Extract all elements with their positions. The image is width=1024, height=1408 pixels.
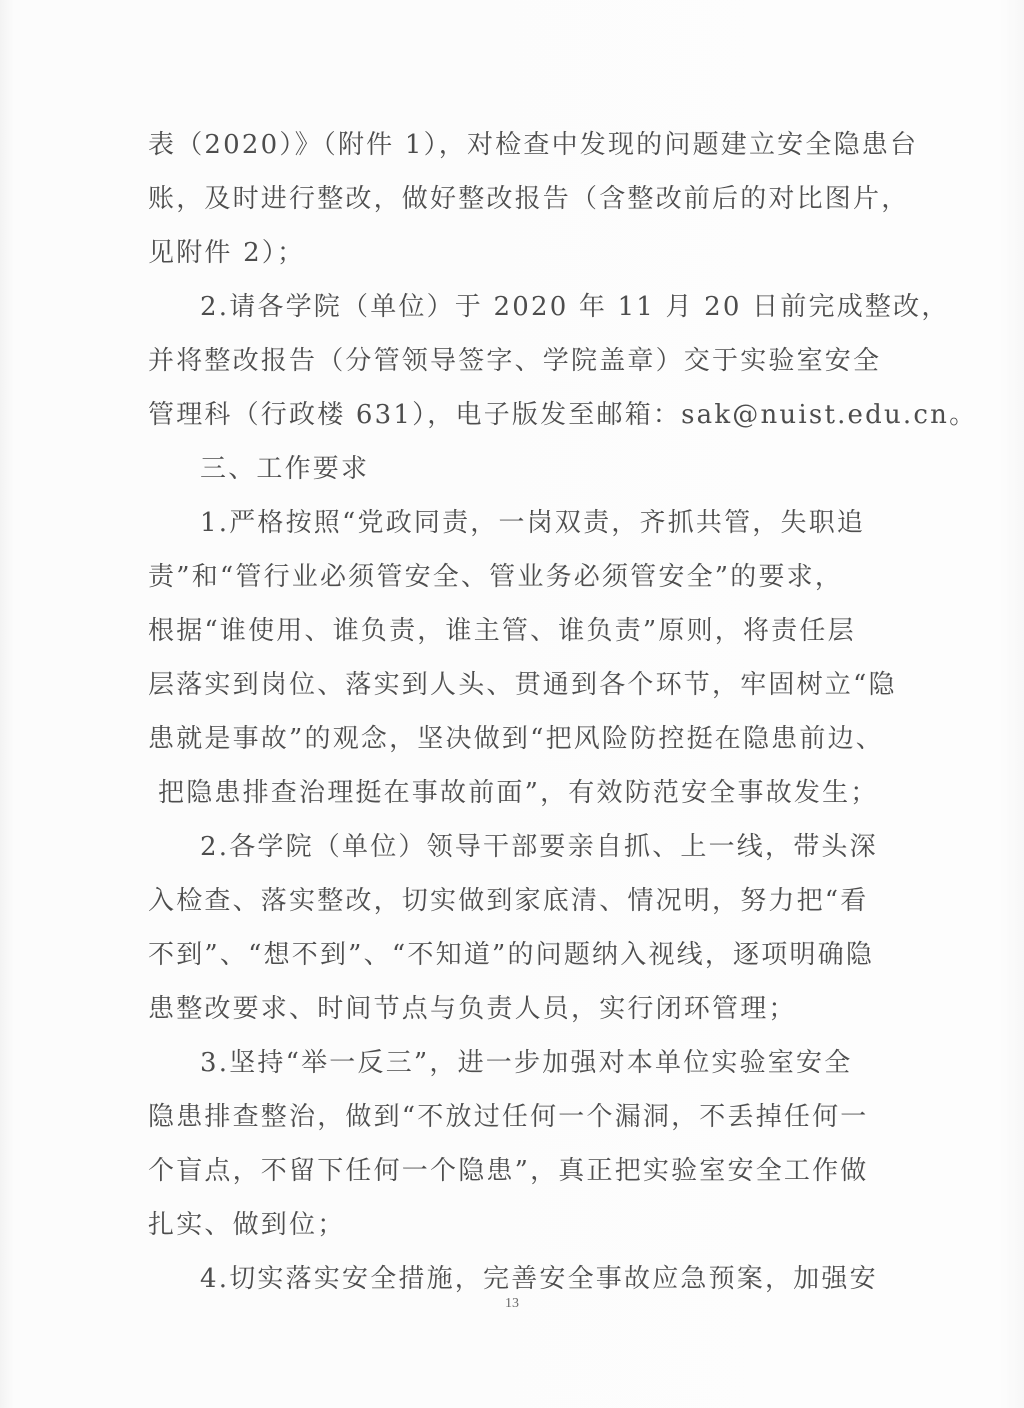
paragraph-start-line: 1.严格按照“党政同责，一岗双责，齐抓共管，失职追 [148, 496, 840, 550]
text-line: 并将整改报告（分管领导签字、学院盖章）交于实验室安全 [148, 334, 840, 388]
text-line: 入检查、落实整改，切实做到家底清、情况明，努力把“看 [148, 874, 840, 928]
scanned-page: 表（2020）》（附件 1），对检查中发现的问题建立安全隐患台 账，及时进行整改… [0, 0, 1024, 1408]
text-line: 把隐患排查治理挺在事故前面”，有效防范安全事故发生； [148, 766, 840, 820]
text-line: 管理科（行政楼 631），电子版发至邮箱：sak@nuist.edu.cn。 [148, 388, 840, 442]
text-line: 根据“谁使用、谁负责，谁主管、谁负责”原则，将责任层 [148, 604, 840, 658]
text-line: 表（2020）》（附件 1），对检查中发现的问题建立安全隐患台 [148, 118, 840, 172]
text-line: 见附件 2）； [148, 226, 840, 280]
paragraph-start-line: 3.坚持“举一反三”，进一步加强对本单位实验室安全 [148, 1036, 840, 1090]
text-line: 责”和“管行业必须管安全、管业务必须管安全”的要求， [148, 550, 840, 604]
text-line: 个盲点，不留下任何一个隐患”，真正把实验室安全工作做 [148, 1144, 840, 1198]
text-line: 不到”、“想不到”、“不知道”的问题纳入视线，逐项明确隐 [148, 928, 840, 982]
paragraph-start-line: 2.各学院（单位）领导干部要亲自抓、上一线，带头深 [148, 820, 840, 874]
text-line: 扎实、做到位； [148, 1198, 840, 1252]
paragraph-start-line: 2.请各学院（单位）于 2020 年 11 月 20 日前完成整改， [148, 280, 840, 334]
text-line: 隐患排查整治，做到“不放过任何一个漏洞，不丢掉任何一 [148, 1090, 840, 1144]
document-body: 表（2020）》（附件 1），对检查中发现的问题建立安全隐患台 账，及时进行整改… [148, 118, 840, 1306]
text-line: 患整改要求、时间节点与负责人员，实行闭环管理； [148, 982, 840, 1036]
section-heading: 三、工作要求 [148, 442, 840, 496]
text-line: 层落实到岗位、落实到人头、贯通到各个环节，牢固树立“隐 [148, 658, 840, 712]
page-number: 13 [0, 1296, 1024, 1312]
text-line: 账，及时进行整改，做好整改报告（含整改前后的对比图片， [148, 172, 840, 226]
text-line: 患就是事故”的观念，坚决做到“把风险防控挺在隐患前边、 [148, 712, 840, 766]
